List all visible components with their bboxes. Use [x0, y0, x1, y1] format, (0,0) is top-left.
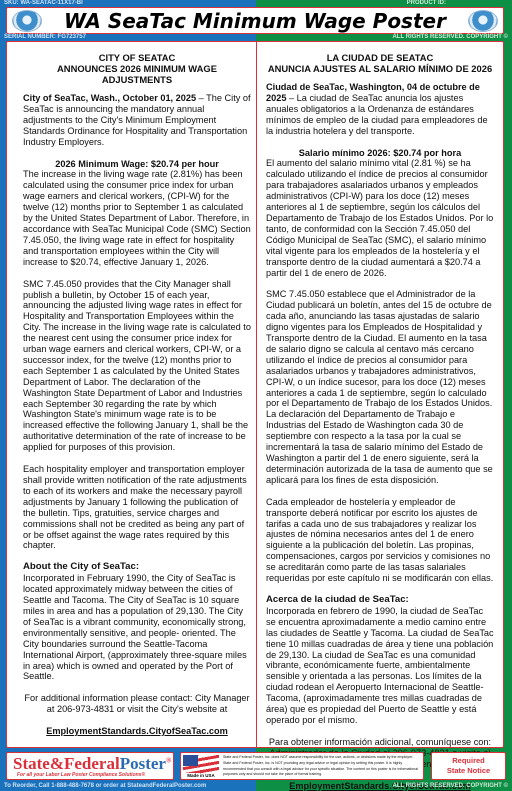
disclaimer-text: State and Federal Poster, Inc. does NOT …	[223, 755, 421, 778]
paragraph: Each hospitality employer and transporta…	[23, 464, 251, 551]
notice-line: Required	[432, 756, 505, 766]
state-federal-poster-logo[interactable]: State&FederalPoster® For all your Labor …	[6, 752, 174, 780]
bottom-bar: To Reorder, Call 1-888-488-7678 or order…	[0, 782, 512, 791]
registered-mark: ®	[166, 756, 171, 764]
logo-tagline: For all your Labor Law Poster Compliance…	[17, 772, 145, 778]
paragraph: El aumento del salario mínimo vital (2.8…	[266, 158, 494, 278]
about-title: Acerca de la ciudad de SeaTac:	[266, 595, 494, 606]
spanish-heading: LA CIUDAD DE SEATAC ANUNCIA AJUSTES AL S…	[266, 52, 494, 74]
product-id-label: PRODUCT ID:	[407, 0, 446, 7]
serial-bar: SERIAL NUMBER: FG723757 ALL RIGHTS RESER…	[0, 34, 512, 41]
logo-wordmark: State&FederalPoster®	[13, 754, 171, 774]
dateline: City of SeaTac, Wash., October 01, 2025	[23, 93, 196, 103]
logo-poster-text: Poster	[120, 754, 166, 773]
heading-line: ANUNCIA AJUSTES AL SALARIO MÍNIMO DE 202…	[266, 63, 494, 74]
heading-line: LA CIUDAD DE SEATAC	[266, 52, 494, 63]
notice-line: State Notice	[432, 766, 505, 776]
english-heading: CITY OF SEATAC ANNOUNCES 2026 MINIMUM WA…	[23, 52, 251, 85]
title-banner: WA SeaTac Minimum Wage Poster	[6, 7, 504, 34]
reorder-info[interactable]: To Reorder, Call 1-888-488-7678 or order…	[4, 782, 206, 791]
sku-label: SKU: WA-SEATAC-11X17-BI	[4, 0, 83, 7]
about-title: About the City of SeaTac:	[23, 562, 251, 573]
intro-text: – La ciudad de SeaTac anuncia los ajuste…	[266, 93, 488, 136]
heading-line: ANNOUNCES 2026 MINIMUM WAGE ADJUSTMENTS	[23, 63, 251, 85]
disclaimer-box: Made in USA State and Federal Poster, In…	[180, 752, 424, 780]
poster-title: WA SeaTac Minimum Wage Poster	[7, 9, 503, 33]
top-bar: SKU: WA-SEATAC-11X17-BI PRODUCT ID:	[0, 0, 512, 7]
copyright-notice: ALL RIGHTS RESERVED. COPYRIGHT ©	[392, 782, 508, 791]
heading-line: CITY OF SEATAC	[23, 52, 251, 63]
spanish-column: LA CIUDAD DE SEATAC ANUNCIA AJUSTES AL S…	[266, 52, 494, 791]
city-seal-icon	[468, 10, 498, 32]
logo-state-text: State&Federal	[13, 754, 120, 773]
intro-paragraph: Ciudad de SeaTac, Washington, 04 de octu…	[266, 82, 494, 137]
paragraph: Cada empleador de hostelería y empleador…	[266, 497, 494, 584]
made-in-usa-label: Made in USA	[183, 773, 219, 778]
contact-info: For additional information please contac…	[23, 693, 251, 715]
about-paragraph: Incorporated in February 1990, the City …	[23, 573, 251, 682]
column-divider	[256, 42, 257, 747]
paragraph: The increase in the living wage rate (2.…	[23, 169, 251, 267]
flag-canton	[183, 755, 198, 766]
intro-paragraph: City of SeaTac, Wash., October 01, 2025 …	[23, 93, 251, 148]
website-link[interactable]: EmploymentStandards.CityofSeaTac.com	[23, 726, 251, 737]
english-column: CITY OF SEATAC ANNOUNCES 2026 MINIMUM WA…	[23, 52, 251, 737]
poster-content: CITY OF SEATAC ANNOUNCES 2026 MINIMUM WA…	[6, 41, 504, 748]
paragraph: SMC 7.45.050 establece que el Administra…	[266, 289, 494, 485]
required-state-notice-badge: Required State Notice	[431, 752, 506, 780]
us-flag-icon: Made in USA	[183, 755, 219, 777]
paragraph: SMC 7.45.050 provides that the City Mana…	[23, 279, 251, 454]
wage-heading: Salario mínimo 2026: $20.74 por hora	[266, 148, 494, 159]
wage-heading: 2026 Minimum Wage: $20.74 per hour	[23, 159, 251, 170]
copyright-notice: ALL RIGHTS RESERVED. COPYRIGHT ©	[392, 34, 508, 41]
serial-number: SERIAL NUMBER: FG723757	[4, 34, 86, 41]
about-paragraph: Incorporada en febrero de 1990, la ciuda…	[266, 606, 494, 726]
